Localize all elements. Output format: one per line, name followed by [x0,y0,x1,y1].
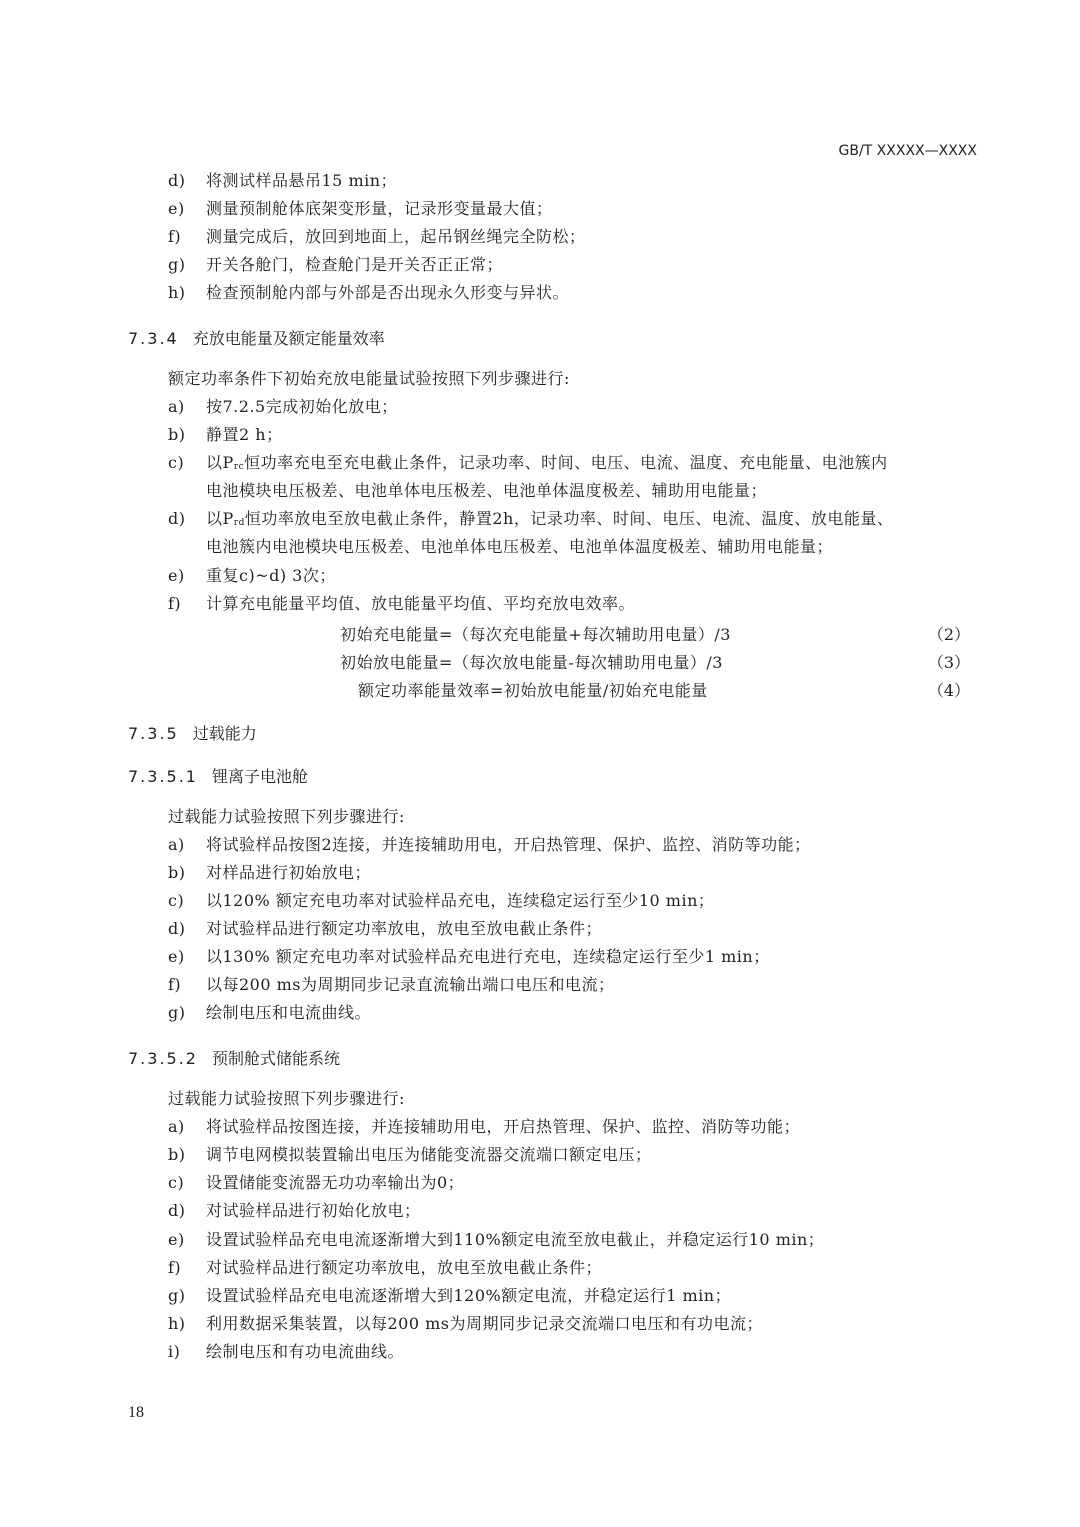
formula-3: 初始放电能量=（每次放电能量-每次辅助用电量）/3 [340,650,723,673]
section-intro: 过载能力试验按照下列步骤进行: [168,807,405,827]
formula-2: 初始充电能量=（每次充电能量+每次辅助用电量）/3 [340,622,731,645]
section-intro: 过载能力试验按照下列步骤进行: [168,1089,405,1109]
section-heading-7-3-5-1: 7.3.5.1锂离子电池舱 [128,764,308,787]
section-heading-7-3-5: 7.3.5过载能力 [128,721,257,744]
equation-number-3: （3） [928,650,970,673]
section-intro: 额定功率条件下初始充放电能量试验按照下列步骤进行: [168,369,570,389]
section-heading-7-3-5-2: 7.3.5.2预制舱式储能系统 [128,1046,340,1069]
section-heading-7-3-4: 7.3.4充放电能量及额定能量效率 [128,326,385,349]
equation-number-2: （2） [928,622,970,645]
page-number: 18 [128,1404,144,1422]
equation-number-4: （4） [928,678,970,701]
formula-4: 额定功率能量效率=初始放电能量/初始充电能量 [358,678,708,701]
standard-code: GB/T XXXXX—XXXX [839,143,978,159]
